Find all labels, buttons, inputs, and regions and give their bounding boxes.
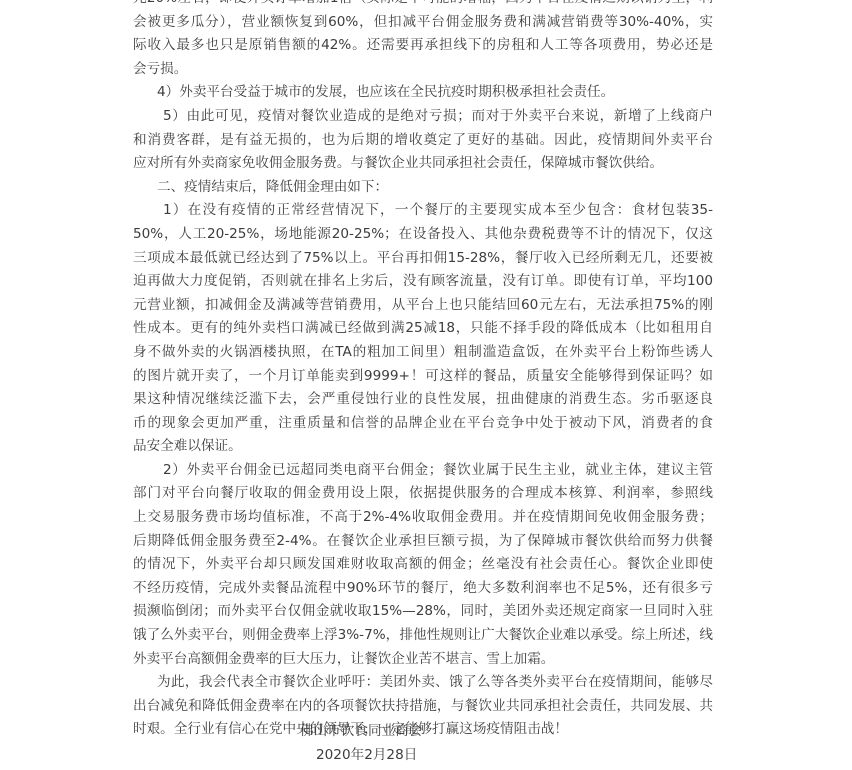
text-line: 时艰。全行业有信心在党中央的领导下，一定能够打赢这场疫情阻击战！ [133,718,713,742]
text-line: 和消费客群，是有益无损的，也为后期的增收奠定了更好的基础。因此，疫情期间外卖平台 [133,129,713,153]
text-line: 应对所有外卖商家免收佣金服务费。与餐饮企业共同承担社会责任，保障城市餐饮供给。 [133,152,713,176]
text-line: 4）外卖平台受益于城市的发展，也应该在全民抗疫时期积极承担社会责任。 [133,81,713,105]
text-line: 2）外卖平台佣金已远超同类电商平台佣金；餐饮业属于民生主业，就业主体，建议主管 [133,459,713,483]
text-line: 元营业额，扣减佣金及满减等营销费用，从平台上也只能结回60元左右，无法承担75%… [133,294,713,318]
text-line: 三项成本最低就已经达到了75%以上。平台再扣佣15-28%，餐厅收入已经所剩无几… [133,247,713,271]
signature-date: 2020年2月28日 [316,744,417,768]
text-line: 饿了么外卖平台，则佣金费率上浮3%-7%，排他性规则让广大餐饮企业难以承受。综上… [133,624,713,648]
text-line: 的情况下，外卖平台却只顾发国难财收取高额的佣金；丝毫没有社会责任心。餐饮企业即使 [133,553,713,577]
text-line: 损濒临倒闭；而外卖平台仅佣金就收取15%—28%，同时，美团外卖还规定商家一旦同… [133,600,713,624]
text-line: 1）在没有疫情的正常经营情况下，一个餐厅的主要现实成本至少包含：食材包装35- [133,199,713,223]
text-line: 50%，人工20-25%，场地能源20-25%；在设备投入、其他杂费税费等不计的… [133,223,713,247]
text-line: 外卖平台高额佣金费率的巨大压力，让餐饮企业苦不堪言、雪上加霜。 [133,648,713,672]
text-line: 性成本。更有的纯外卖档口满减已经做到满25减18，只能不择手段的降低成本（比如租… [133,317,713,341]
text-line: 果这种情况继续泛滥下去，会严重侵蚀行业的良性发展，扭曲健康的消费生态。劣币驱逐良 [133,388,713,412]
article-body: 元20%左右，即使外卖订单增加1倍（实际是不可能的增幅，因为平台在疫情之期以销为… [133,0,713,742]
text-line: 不经历疫情，完成外卖餐品流程中90%环节的餐厅，绝大多数利润率也不足5%，还有很… [133,577,713,601]
text-line: 出台减免和降低佣金费率在内的各项餐饮扶持措施，与餐饮业共同承担社会责任，共同发展… [133,695,713,719]
signature-organization: 佛山市饮食同业商会 [300,720,422,744]
text-line: 会被更多瓜分），营业额恢复到60%，但扣减平台佣金服务费和满减营销费等30%-4… [133,11,713,35]
text-line: 上交易服务费市场均值标准，不高于2%-4%收取佣金费用。并在疫情期间免收佣金服务… [133,506,713,530]
text-line: 迫再做大力度促销，否则就在排名上劣后，没有顾客流量，没有订单。即使有订单，平均1… [133,270,713,294]
text-line: 品安全难以保证。 [133,435,713,459]
text-line: 后期降低佣金服务费至2-4%。在餐饮企业承担巨额亏损，为了保障城市餐饮供给而努力… [133,530,713,554]
text-line: 会亏损。 [133,58,713,82]
text-line: 5）由此可见，疫情对餐饮业造成的是绝对亏损；而对于外卖平台来说，新增了上线商户 [133,105,713,129]
text-line: 为此，我会代表全市餐饮企业呼吁：美团外卖、饿了么等各类外卖平台在疫情期间，能够尽… [133,671,713,695]
text-line: 币的现象会更加严重，注重质量和信誉的品牌企业在平台竞争中处于被动下风，消费者的食 [133,412,713,436]
text-line: 的图片就开卖了，一个月订单能卖到9999+！可这样的餐品，质量安全能够得到保证吗… [133,365,713,389]
text-line: 部门对平台向餐厅收取的佣金费用设上限，依据提供服务的合理成本核算、利润率，参照线 [133,482,713,506]
text-line: 身不做外卖的火锅酒楼执照，在TA的粗加工间里）粗制滥造盒饭，在外卖平台上粉饰些诱… [133,341,713,365]
text-line: 二、疫情结束后，降低佣金理由如下： [133,176,713,200]
text-line: 际收入最多也只是原销售额的42%。还需要再承担线下的房租和人工等各项费用，势必还… [133,34,713,58]
text-line: 元20%左右，即使外卖订单增加1倍（实际是不可能的增幅，因为平台在疫情之期以销为… [133,0,713,11]
